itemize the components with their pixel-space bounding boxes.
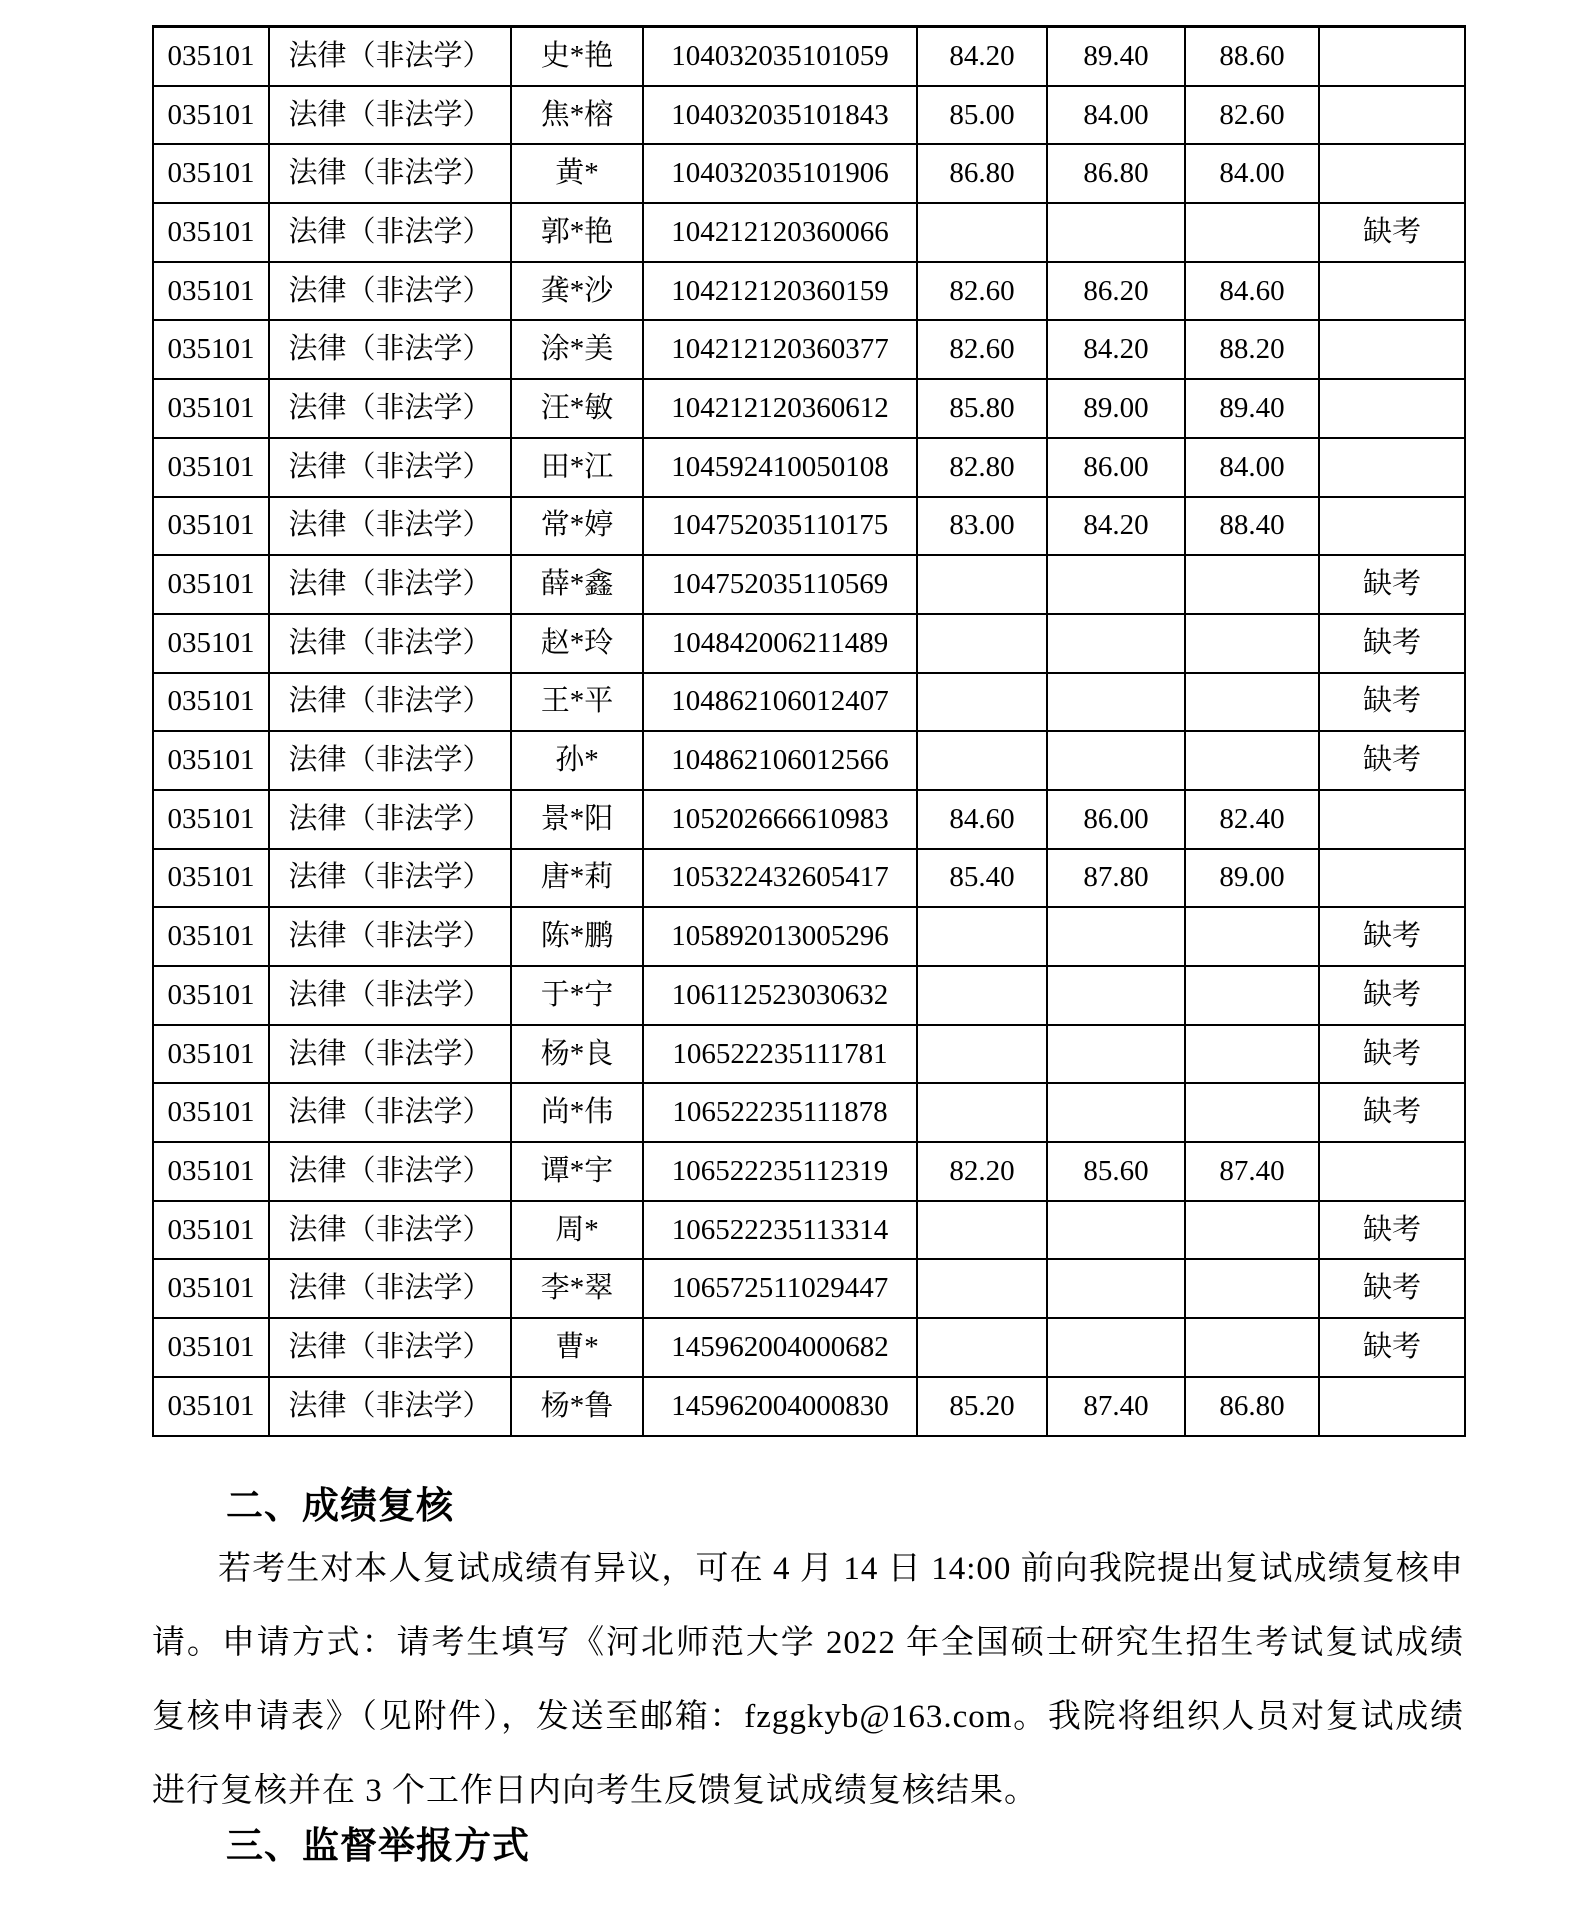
table-row: 035101法律（非法学）陈*鹏105892013005296缺考 bbox=[153, 907, 1465, 966]
cell-score-2: 87.80 bbox=[1047, 849, 1185, 908]
cell-remark bbox=[1319, 438, 1465, 497]
cell-major-name: 法律（非法学） bbox=[269, 320, 511, 379]
cell-candidate-name: 涂*美 bbox=[511, 320, 643, 379]
cell-major-name: 法律（非法学） bbox=[269, 790, 511, 849]
cell-major-code: 035101 bbox=[153, 614, 269, 673]
cell-candidate-name: 龚*沙 bbox=[511, 262, 643, 321]
cell-major-code: 035101 bbox=[153, 27, 269, 86]
cell-score-1 bbox=[917, 731, 1047, 790]
cell-candidate-name: 汪*敏 bbox=[511, 379, 643, 438]
cell-major-code: 035101 bbox=[153, 1142, 269, 1201]
cell-major-code: 035101 bbox=[153, 203, 269, 262]
cell-candidate-name: 尚*伟 bbox=[511, 1083, 643, 1142]
cell-candidate-id: 106572511029447 bbox=[643, 1259, 917, 1318]
cell-candidate-name: 赵*玲 bbox=[511, 614, 643, 673]
cell-major-code: 035101 bbox=[153, 966, 269, 1025]
cell-candidate-name: 常*婷 bbox=[511, 497, 643, 556]
table-row: 035101法律（非法学）杨*良106522235111781缺考 bbox=[153, 1025, 1465, 1084]
cell-candidate-id: 104212120360159 bbox=[643, 262, 917, 321]
cell-candidate-id: 104032035101059 bbox=[643, 27, 917, 86]
cell-score-1 bbox=[917, 907, 1047, 966]
cell-score-3 bbox=[1185, 1025, 1319, 1084]
cell-score-3 bbox=[1185, 673, 1319, 732]
cell-candidate-id: 106112523030632 bbox=[643, 966, 917, 1025]
cell-major-name: 法律（非法学） bbox=[269, 849, 511, 908]
cell-remark: 缺考 bbox=[1319, 673, 1465, 732]
cell-candidate-id: 105202666610983 bbox=[643, 790, 917, 849]
cell-score-1 bbox=[917, 1318, 1047, 1377]
cell-candidate-name: 黄* bbox=[511, 144, 643, 203]
cell-score-3: 84.00 bbox=[1185, 438, 1319, 497]
cell-remark bbox=[1319, 27, 1465, 86]
cell-major-name: 法律（非法学） bbox=[269, 86, 511, 145]
cell-remark: 缺考 bbox=[1319, 1318, 1465, 1377]
table-row: 035101法律（非法学）唐*莉10532243260541785.4087.8… bbox=[153, 849, 1465, 908]
cell-score-3: 84.00 bbox=[1185, 144, 1319, 203]
cell-score-2 bbox=[1047, 203, 1185, 262]
cell-candidate-id: 106522235111781 bbox=[643, 1025, 917, 1084]
cell-candidate-id: 104212120360377 bbox=[643, 320, 917, 379]
cell-candidate-name: 李*翠 bbox=[511, 1259, 643, 1318]
cell-candidate-name: 孙* bbox=[511, 731, 643, 790]
cell-score-2: 86.80 bbox=[1047, 144, 1185, 203]
cell-score-2 bbox=[1047, 614, 1185, 673]
cell-candidate-name: 郭*艳 bbox=[511, 203, 643, 262]
cell-score-2: 86.20 bbox=[1047, 262, 1185, 321]
table-row: 035101法律（非法学）曹*145962004000682缺考 bbox=[153, 1318, 1465, 1377]
table-row: 035101法律（非法学）史*艳10403203510105984.2089.4… bbox=[153, 27, 1465, 86]
cell-remark bbox=[1319, 262, 1465, 321]
cell-major-name: 法律（非法学） bbox=[269, 966, 511, 1025]
cell-major-code: 035101 bbox=[153, 438, 269, 497]
cell-score-1: 86.80 bbox=[917, 144, 1047, 203]
cell-score-3 bbox=[1185, 907, 1319, 966]
cell-score-1: 85.00 bbox=[917, 86, 1047, 145]
cell-candidate-name: 谭*宇 bbox=[511, 1142, 643, 1201]
cell-major-name: 法律（非法学） bbox=[269, 1259, 511, 1318]
cell-remark: 缺考 bbox=[1319, 555, 1465, 614]
cell-score-1 bbox=[917, 1201, 1047, 1260]
cell-candidate-id: 145962004000830 bbox=[643, 1377, 917, 1436]
cell-score-1 bbox=[917, 1025, 1047, 1084]
cell-remark: 缺考 bbox=[1319, 731, 1465, 790]
cell-major-name: 法律（非法学） bbox=[269, 262, 511, 321]
cell-candidate-id: 104212120360612 bbox=[643, 379, 917, 438]
cell-score-1 bbox=[917, 673, 1047, 732]
cell-major-code: 035101 bbox=[153, 320, 269, 379]
cell-candidate-name: 焦*榕 bbox=[511, 86, 643, 145]
cell-major-name: 法律（非法学） bbox=[269, 1083, 511, 1142]
cell-score-2: 89.00 bbox=[1047, 379, 1185, 438]
cell-candidate-name: 王*平 bbox=[511, 673, 643, 732]
cell-candidate-id: 104592410050108 bbox=[643, 438, 917, 497]
cell-score-1: 82.20 bbox=[917, 1142, 1047, 1201]
cell-major-code: 035101 bbox=[153, 262, 269, 321]
cell-score-2: 86.00 bbox=[1047, 790, 1185, 849]
cell-score-3 bbox=[1185, 1083, 1319, 1142]
cell-score-2 bbox=[1047, 731, 1185, 790]
cell-remark bbox=[1319, 86, 1465, 145]
cell-score-1: 84.60 bbox=[917, 790, 1047, 849]
cell-major-code: 035101 bbox=[153, 731, 269, 790]
cell-score-2 bbox=[1047, 907, 1185, 966]
cell-candidate-name: 史*艳 bbox=[511, 27, 643, 86]
cell-major-code: 035101 bbox=[153, 1025, 269, 1084]
cell-major-code: 035101 bbox=[153, 86, 269, 145]
cell-score-1: 82.80 bbox=[917, 438, 1047, 497]
table-row: 035101法律（非法学）谭*宇10652223511231982.2085.6… bbox=[153, 1142, 1465, 1201]
table-row: 035101法律（非法学）周*106522235113314缺考 bbox=[153, 1201, 1465, 1260]
cell-score-3 bbox=[1185, 1201, 1319, 1260]
cell-major-name: 法律（非法学） bbox=[269, 1025, 511, 1084]
table-row: 035101法律（非法学）赵*玲104842006211489缺考 bbox=[153, 614, 1465, 673]
score-review-paragraph: 若考生对本人复试成绩有异议，可在 4 月 14 日 14:00 前向我院提出复试… bbox=[152, 1532, 1464, 1828]
cell-score-3: 84.60 bbox=[1185, 262, 1319, 321]
cell-candidate-name: 陈*鹏 bbox=[511, 907, 643, 966]
cell-candidate-id: 104752035110569 bbox=[643, 555, 917, 614]
cell-remark bbox=[1319, 379, 1465, 438]
cell-score-3 bbox=[1185, 555, 1319, 614]
cell-candidate-name: 薛*鑫 bbox=[511, 555, 643, 614]
cell-remark: 缺考 bbox=[1319, 203, 1465, 262]
cell-major-name: 法律（非法学） bbox=[269, 203, 511, 262]
cell-major-code: 035101 bbox=[153, 907, 269, 966]
cell-score-1: 85.20 bbox=[917, 1377, 1047, 1436]
cell-score-2: 84.00 bbox=[1047, 86, 1185, 145]
cell-major-name: 法律（非法学） bbox=[269, 907, 511, 966]
table-row: 035101法律（非法学）孙*104862106012566缺考 bbox=[153, 731, 1465, 790]
table-row: 035101法律（非法学）王*平104862106012407缺考 bbox=[153, 673, 1465, 732]
cell-score-2 bbox=[1047, 1025, 1185, 1084]
cell-major-name: 法律（非法学） bbox=[269, 1142, 511, 1201]
cell-score-2: 85.60 bbox=[1047, 1142, 1185, 1201]
cell-score-2 bbox=[1047, 1201, 1185, 1260]
table-row: 035101法律（非法学）景*阳10520266661098384.6086.0… bbox=[153, 790, 1465, 849]
cell-score-3: 88.20 bbox=[1185, 320, 1319, 379]
cell-major-name: 法律（非法学） bbox=[269, 1377, 511, 1436]
cell-major-code: 035101 bbox=[153, 1083, 269, 1142]
cell-candidate-name: 景*阳 bbox=[511, 790, 643, 849]
cell-score-1 bbox=[917, 614, 1047, 673]
cell-major-name: 法律（非法学） bbox=[269, 1201, 511, 1260]
cell-major-name: 法律（非法学） bbox=[269, 497, 511, 556]
cell-major-code: 035101 bbox=[153, 497, 269, 556]
cell-score-3 bbox=[1185, 1259, 1319, 1318]
cell-candidate-name: 杨*鲁 bbox=[511, 1377, 643, 1436]
table-row: 035101法律（非法学）李*翠106572511029447缺考 bbox=[153, 1259, 1465, 1318]
cell-score-2 bbox=[1047, 1318, 1185, 1377]
cell-score-1 bbox=[917, 1083, 1047, 1142]
cell-major-name: 法律（非法学） bbox=[269, 555, 511, 614]
cell-candidate-id: 106522235113314 bbox=[643, 1201, 917, 1260]
cell-score-2: 86.00 bbox=[1047, 438, 1185, 497]
cell-score-2: 89.40 bbox=[1047, 27, 1185, 86]
cell-candidate-name: 于*宁 bbox=[511, 966, 643, 1025]
cell-score-2 bbox=[1047, 1083, 1185, 1142]
cell-major-code: 035101 bbox=[153, 379, 269, 438]
cell-score-1 bbox=[917, 1259, 1047, 1318]
cell-major-name: 法律（非法学） bbox=[269, 731, 511, 790]
cell-major-code: 035101 bbox=[153, 1259, 269, 1318]
cell-score-3: 87.40 bbox=[1185, 1142, 1319, 1201]
cell-major-name: 法律（非法学） bbox=[269, 144, 511, 203]
cell-candidate-id: 104032035101843 bbox=[643, 86, 917, 145]
cell-score-2 bbox=[1047, 1259, 1185, 1318]
cell-candidate-name: 周* bbox=[511, 1201, 643, 1260]
cell-score-1: 83.00 bbox=[917, 497, 1047, 556]
cell-major-name: 法律（非法学） bbox=[269, 614, 511, 673]
cell-major-code: 035101 bbox=[153, 790, 269, 849]
section-heading-score-review: 二、成绩复核 bbox=[152, 1480, 1464, 1532]
cell-major-name: 法律（非法学） bbox=[269, 379, 511, 438]
cell-score-3 bbox=[1185, 203, 1319, 262]
table-row: 035101法律（非法学）汪*敏10421212036061285.8089.0… bbox=[153, 379, 1465, 438]
cell-major-code: 035101 bbox=[153, 555, 269, 614]
cell-score-3: 86.80 bbox=[1185, 1377, 1319, 1436]
cell-score-3: 88.60 bbox=[1185, 27, 1319, 86]
cell-candidate-id: 106522235111878 bbox=[643, 1083, 917, 1142]
table-row: 035101法律（非法学）焦*榕10403203510184385.0084.0… bbox=[153, 86, 1465, 145]
table-row: 035101法律（非法学）龚*沙10421212036015982.6086.2… bbox=[153, 262, 1465, 321]
cell-score-3: 88.40 bbox=[1185, 497, 1319, 556]
cell-remark: 缺考 bbox=[1319, 1025, 1465, 1084]
cell-score-2: 84.20 bbox=[1047, 320, 1185, 379]
cell-score-1: 82.60 bbox=[917, 262, 1047, 321]
cell-score-1 bbox=[917, 203, 1047, 262]
cell-score-2 bbox=[1047, 555, 1185, 614]
cell-candidate-name: 唐*莉 bbox=[511, 849, 643, 908]
cell-score-3 bbox=[1185, 614, 1319, 673]
table-row: 035101法律（非法学）薛*鑫104752035110569缺考 bbox=[153, 555, 1465, 614]
cell-candidate-id: 104212120360066 bbox=[643, 203, 917, 262]
cell-remark: 缺考 bbox=[1319, 614, 1465, 673]
cell-score-3: 82.60 bbox=[1185, 86, 1319, 145]
table-row: 035101法律（非法学）郭*艳104212120360066缺考 bbox=[153, 203, 1465, 262]
cell-candidate-name: 田*江 bbox=[511, 438, 643, 497]
cell-score-2 bbox=[1047, 966, 1185, 1025]
cell-candidate-id: 106522235112319 bbox=[643, 1142, 917, 1201]
cell-score-3 bbox=[1185, 1318, 1319, 1377]
cell-remark: 缺考 bbox=[1319, 1083, 1465, 1142]
cell-candidate-id: 104862106012566 bbox=[643, 731, 917, 790]
cell-score-1: 85.40 bbox=[917, 849, 1047, 908]
cell-remark bbox=[1319, 144, 1465, 203]
cell-major-name: 法律（非法学） bbox=[269, 27, 511, 86]
cell-remark: 缺考 bbox=[1319, 966, 1465, 1025]
cell-score-3: 82.40 bbox=[1185, 790, 1319, 849]
cell-major-code: 035101 bbox=[153, 673, 269, 732]
cell-candidate-id: 105322432605417 bbox=[643, 849, 917, 908]
cell-major-code: 035101 bbox=[153, 1377, 269, 1436]
cell-candidate-id: 145962004000682 bbox=[643, 1318, 917, 1377]
cell-remark: 缺考 bbox=[1319, 1259, 1465, 1318]
cell-score-1 bbox=[917, 555, 1047, 614]
score-table-body: 035101法律（非法学）史*艳10403203510105984.2089.4… bbox=[153, 27, 1465, 1436]
table-row: 035101法律（非法学）田*江10459241005010882.8086.0… bbox=[153, 438, 1465, 497]
cell-candidate-name: 曹* bbox=[511, 1318, 643, 1377]
cell-major-name: 法律（非法学） bbox=[269, 1318, 511, 1377]
cell-score-2: 84.20 bbox=[1047, 497, 1185, 556]
cell-remark bbox=[1319, 1142, 1465, 1201]
cell-score-1: 84.20 bbox=[917, 27, 1047, 86]
table-row: 035101法律（非法学）于*宁106112523030632缺考 bbox=[153, 966, 1465, 1025]
table-row: 035101法律（非法学）杨*鲁14596200400083085.2087.4… bbox=[153, 1377, 1465, 1436]
cell-remark: 缺考 bbox=[1319, 907, 1465, 966]
cell-score-3 bbox=[1185, 966, 1319, 1025]
score-table: 035101法律（非法学）史*艳10403203510105984.2089.4… bbox=[152, 25, 1466, 1437]
cell-score-3: 89.00 bbox=[1185, 849, 1319, 908]
cell-remark bbox=[1319, 849, 1465, 908]
cell-remark bbox=[1319, 790, 1465, 849]
cell-score-1: 82.60 bbox=[917, 320, 1047, 379]
cell-score-2 bbox=[1047, 673, 1185, 732]
table-row: 035101法律（非法学）常*婷10475203511017583.0084.2… bbox=[153, 497, 1465, 556]
cell-score-1 bbox=[917, 966, 1047, 1025]
cell-score-2: 87.40 bbox=[1047, 1377, 1185, 1436]
cell-major-code: 035101 bbox=[153, 144, 269, 203]
cell-score-3 bbox=[1185, 731, 1319, 790]
cell-remark bbox=[1319, 320, 1465, 379]
cell-candidate-name: 杨*良 bbox=[511, 1025, 643, 1084]
table-row: 035101法律（非法学）涂*美10421212036037782.6084.2… bbox=[153, 320, 1465, 379]
cell-remark bbox=[1319, 1377, 1465, 1436]
table-row: 035101法律（非法学）尚*伟106522235111878缺考 bbox=[153, 1083, 1465, 1142]
cell-candidate-id: 104842006211489 bbox=[643, 614, 917, 673]
cell-major-code: 035101 bbox=[153, 1318, 269, 1377]
cell-remark bbox=[1319, 497, 1465, 556]
cell-candidate-id: 104032035101906 bbox=[643, 144, 917, 203]
cell-remark: 缺考 bbox=[1319, 1201, 1465, 1260]
cell-score-1: 85.80 bbox=[917, 379, 1047, 438]
cell-major-code: 035101 bbox=[153, 849, 269, 908]
document-page: 035101法律（非法学）史*艳10403203510105984.2089.4… bbox=[0, 0, 1587, 1932]
cell-candidate-id: 104752035110175 bbox=[643, 497, 917, 556]
cell-major-name: 法律（非法学） bbox=[269, 673, 511, 732]
cell-major-code: 035101 bbox=[153, 1201, 269, 1260]
table-row: 035101法律（非法学）黄*10403203510190686.8086.80… bbox=[153, 144, 1465, 203]
cell-candidate-id: 105892013005296 bbox=[643, 907, 917, 966]
cell-candidate-id: 104862106012407 bbox=[643, 673, 917, 732]
cell-major-name: 法律（非法学） bbox=[269, 438, 511, 497]
cell-score-3: 89.40 bbox=[1185, 379, 1319, 438]
